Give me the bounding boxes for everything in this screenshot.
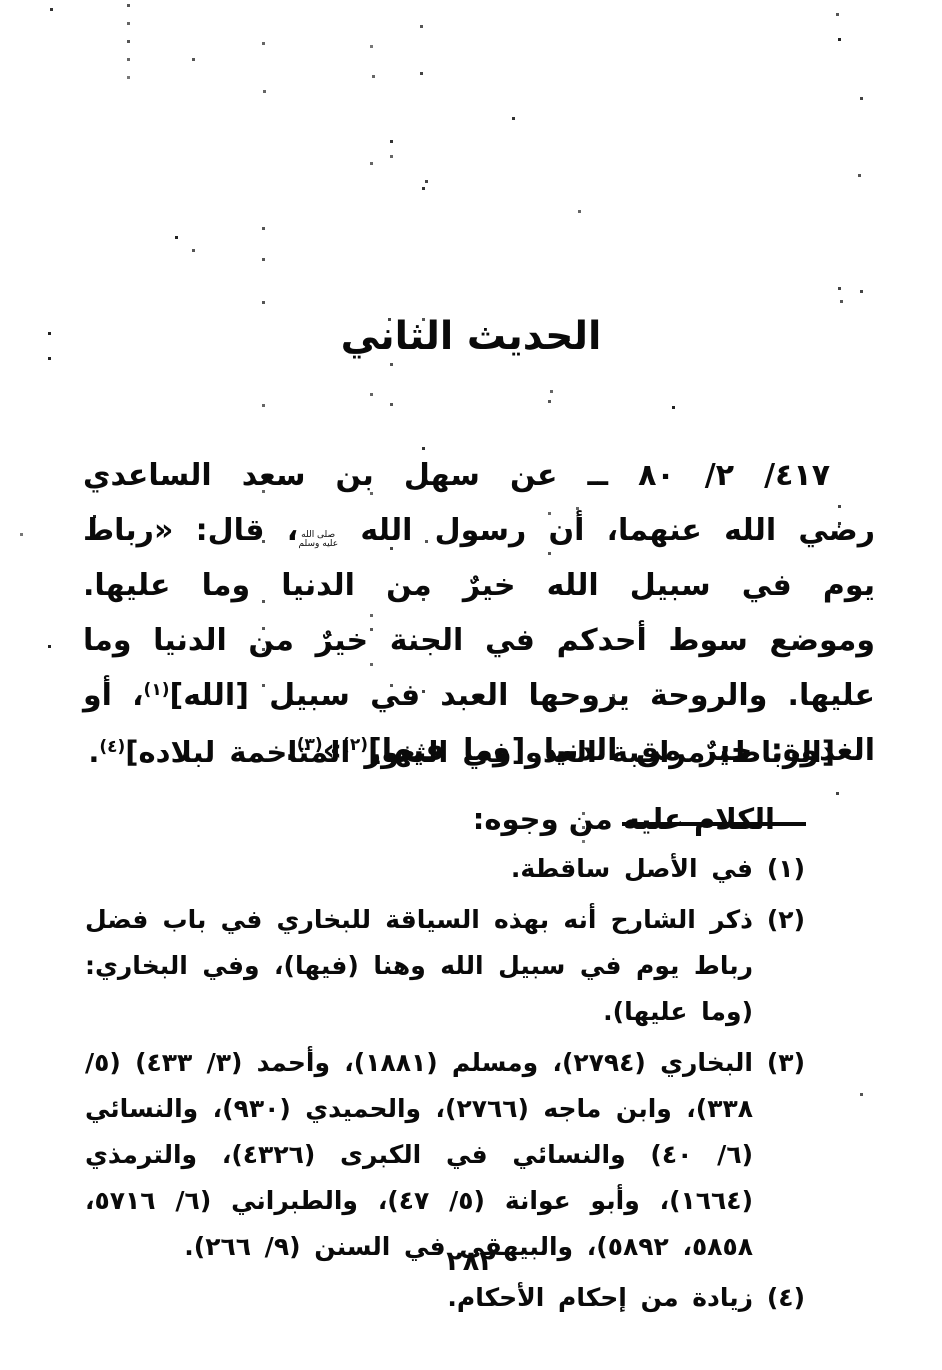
footnote-ref-4: (٤) xyxy=(99,737,125,757)
footnote-text: ذكر الشارح أنه بهذه السياقة للبخاري في ب… xyxy=(85,897,753,1035)
footnote-separator-rule xyxy=(622,822,806,826)
section-heading: الكلام عليه من وجوه: xyxy=(83,797,875,841)
gloss-text: [الرباط: مراقبة العدو في الثغور المتاخمة… xyxy=(125,735,835,769)
footnote-ref-1: (١) xyxy=(144,680,170,700)
hadith-ref-number: ٤١٧/ ٢/ ٨٠ xyxy=(638,458,830,493)
footnote-item-3: (٣) البخاري (٢٧٩٤)، ومسلم (١٨٨١)، وأحمد … xyxy=(85,1040,805,1270)
page-number: ٢٨٢ xyxy=(0,1246,942,1277)
footnote-item-4: (٤) زيادة من إحكام الأحكام. xyxy=(85,1275,805,1321)
footnote-item-2: (٢) ذكر الشارح أنه بهذه السياقة للبخاري … xyxy=(85,897,805,1035)
footnote-text: زيادة من إحكام الأحكام. xyxy=(85,1275,753,1321)
footnote-text: في الأصل ساقطة. xyxy=(85,846,753,892)
scan-noise xyxy=(0,0,3,3)
hadith-dash: ــ xyxy=(588,458,609,493)
footnote-marker: (٣) xyxy=(753,1040,805,1270)
page-title: الحديث الثاني xyxy=(0,314,942,359)
footnote-marker: (٤) xyxy=(753,1275,805,1321)
gloss-note: [الرباط: مراقبة العدو في الثغور المتاخمة… xyxy=(83,728,875,776)
footnote-marker: (١) xyxy=(753,846,805,892)
footnote-item-1: (١) في الأصل ساقطة. xyxy=(85,846,805,892)
gloss-period: . xyxy=(88,735,99,769)
salawat-mark: صلى الله عليه وسلم xyxy=(298,531,338,549)
book-page: الحديث الثاني ٤١٧/ ٢/ ٨٠ ــ عن سهل بن سع… xyxy=(0,0,942,1370)
footnote-text: البخاري (٢٧٩٤)، ومسلم (١٨٨١)، وأحمد (٣/ … xyxy=(85,1040,753,1270)
footnote-marker: (٢) xyxy=(753,897,805,1035)
